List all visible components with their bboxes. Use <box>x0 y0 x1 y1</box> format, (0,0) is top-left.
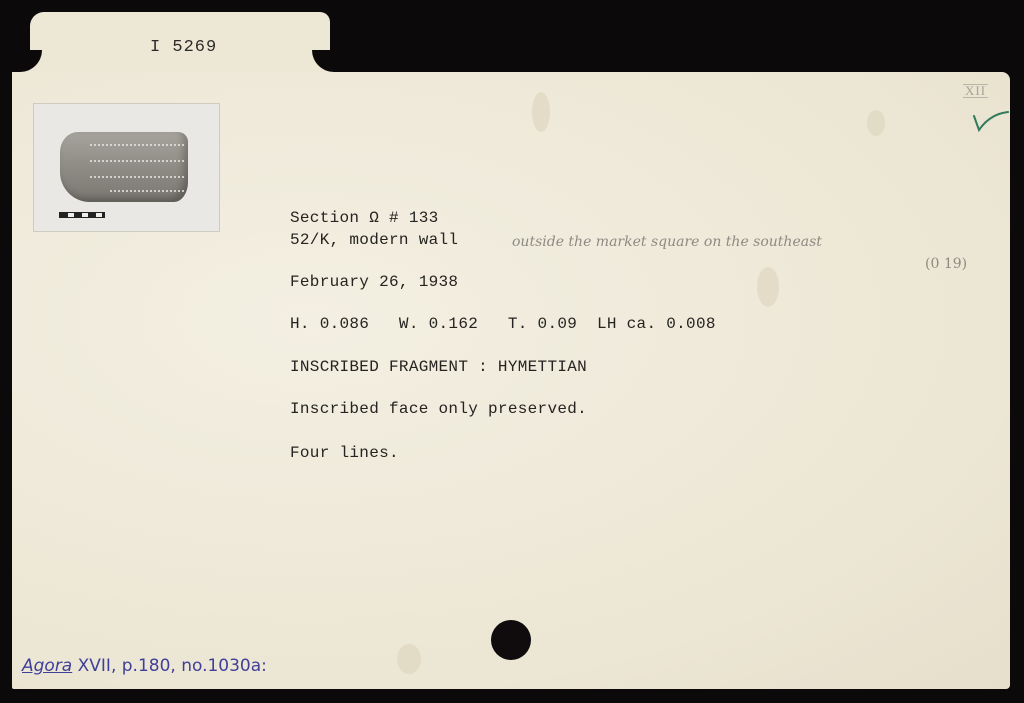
drawer-number: XII <box>963 84 988 98</box>
lines-note: Four lines. <box>290 444 399 462</box>
reference-label: Agora <box>22 656 72 676</box>
reference-text: XVII, p.180, no.1030a: <box>72 656 267 676</box>
catalog-number: I 5269 <box>150 38 217 57</box>
dimensions: H. 0.086 W. 0.162 T. 0.09 LH ca. 0.008 <box>290 315 716 333</box>
findspot-line: 52/K, modern wall <box>290 231 458 249</box>
stain <box>757 267 779 307</box>
stain <box>397 644 421 674</box>
date: February 26, 1938 <box>290 273 458 291</box>
findspot-code: (0 19) <box>925 256 967 272</box>
condition: Inscribed face only preserved. <box>290 400 587 418</box>
stain <box>532 92 550 132</box>
punch-hole <box>491 620 531 660</box>
publication-reference: Agora XVII, p.180, no.1030a: <box>22 656 267 676</box>
fragment-photo <box>33 103 220 232</box>
checkmark-icon <box>970 108 1010 134</box>
findspot-handwritten: outside the market square on the southea… <box>512 234 822 250</box>
stone-fragment <box>60 132 188 202</box>
scale-bar <box>59 212 105 218</box>
stain <box>867 110 885 136</box>
section-line: Section Ω # 133 <box>290 209 439 227</box>
object-type: INSCRIBED FRAGMENT : HYMETTIAN <box>290 358 587 376</box>
